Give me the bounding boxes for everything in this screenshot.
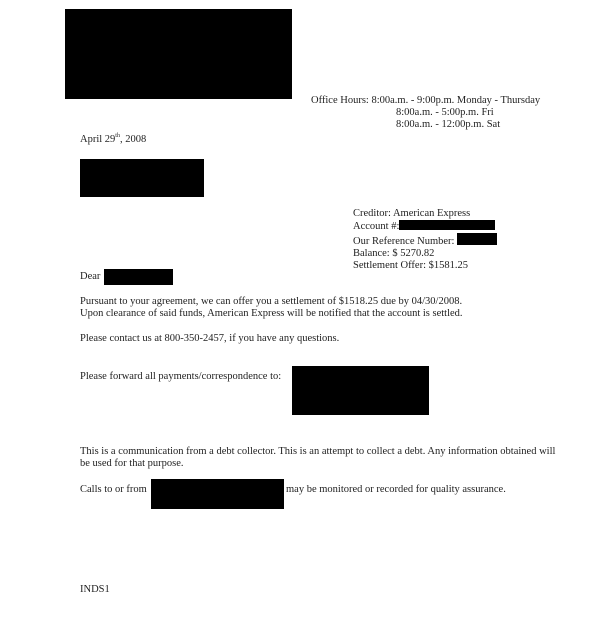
account-number-redaction bbox=[399, 220, 495, 230]
disclaimer-line-2: be used for that purpose. bbox=[80, 458, 555, 470]
calls-suffix: may be monitored or recorded for quality… bbox=[286, 484, 506, 496]
payment-address-redaction bbox=[292, 366, 429, 415]
recipient-name-redaction bbox=[104, 269, 173, 285]
forward-paragraph: Please forward all payments/corresponden… bbox=[80, 371, 281, 383]
reference-number-redaction bbox=[457, 233, 497, 245]
settlement-line-1: Pursuant to your agreement, we can offer… bbox=[80, 296, 463, 308]
reference-number-line: Our Reference Number: bbox=[353, 233, 497, 248]
settlement-line-2: Upon clearance of said funds, American E… bbox=[80, 308, 463, 320]
balance-line: Balance: $ 5270.82 bbox=[353, 248, 497, 260]
date-month-day: April 29 bbox=[80, 134, 115, 145]
recipient-address-redaction bbox=[80, 159, 204, 197]
debt-collector-disclaimer: This is a communication from a debt coll… bbox=[80, 446, 555, 470]
contact-text: Please contact us at 800-350-2457, if yo… bbox=[80, 333, 339, 344]
salutation-text: Dear bbox=[80, 271, 100, 282]
office-hours-saturday: 8:00a.m. - 12:00p.m. Sat bbox=[396, 119, 500, 130]
office-hours-line-2: 8:00a.m. - 5:00p.m. Fri bbox=[311, 107, 540, 119]
office-hours-label: Office Hours: bbox=[311, 95, 369, 106]
footer-code: INDS1 bbox=[80, 584, 110, 596]
forward-text: Please forward all payments/corresponden… bbox=[80, 371, 281, 382]
office-hours-friday: 8:00a.m. - 5:00p.m. Fri bbox=[396, 107, 494, 118]
account-info-block: Creditor: American Express Account #: Ou… bbox=[353, 208, 497, 272]
letterhead-redaction bbox=[65, 9, 292, 99]
calls-prefix-text: Calls to or from bbox=[80, 484, 147, 495]
contact-paragraph: Please contact us at 800-350-2457, if yo… bbox=[80, 333, 339, 345]
account-number-label: Account #: bbox=[353, 221, 399, 232]
calls-prefix: Calls to or from bbox=[80, 484, 147, 496]
creditor-line: Creditor: American Express bbox=[353, 208, 497, 220]
reference-number-label: Our Reference Number: bbox=[353, 236, 454, 247]
salutation: Dear bbox=[80, 271, 100, 283]
office-hours-line-1: Office Hours: 8:00a.m. - 9:00p.m. Monday… bbox=[311, 95, 540, 107]
company-name-redaction bbox=[151, 479, 284, 509]
office-hours-block: Office Hours: 8:00a.m. - 9:00p.m. Monday… bbox=[311, 95, 540, 131]
date-year: , 2008 bbox=[120, 134, 146, 145]
office-hours-weekdays: 8:00a.m. - 9:00p.m. Monday - Thursday bbox=[371, 95, 540, 106]
footer-code-text: INDS1 bbox=[80, 584, 110, 595]
office-hours-line-3: 8:00a.m. - 12:00p.m. Sat bbox=[311, 119, 540, 131]
letter-date: April 29th, 2008 bbox=[80, 134, 146, 146]
calls-suffix-text: may be monitored or recorded for quality… bbox=[286, 484, 506, 495]
settlement-offer-line: Settlement Offer: $1581.25 bbox=[353, 260, 497, 272]
settlement-paragraph: Pursuant to your agreement, we can offer… bbox=[80, 296, 463, 320]
account-number-line: Account #: bbox=[353, 220, 497, 233]
disclaimer-line-1: This is a communication from a debt coll… bbox=[80, 446, 555, 458]
